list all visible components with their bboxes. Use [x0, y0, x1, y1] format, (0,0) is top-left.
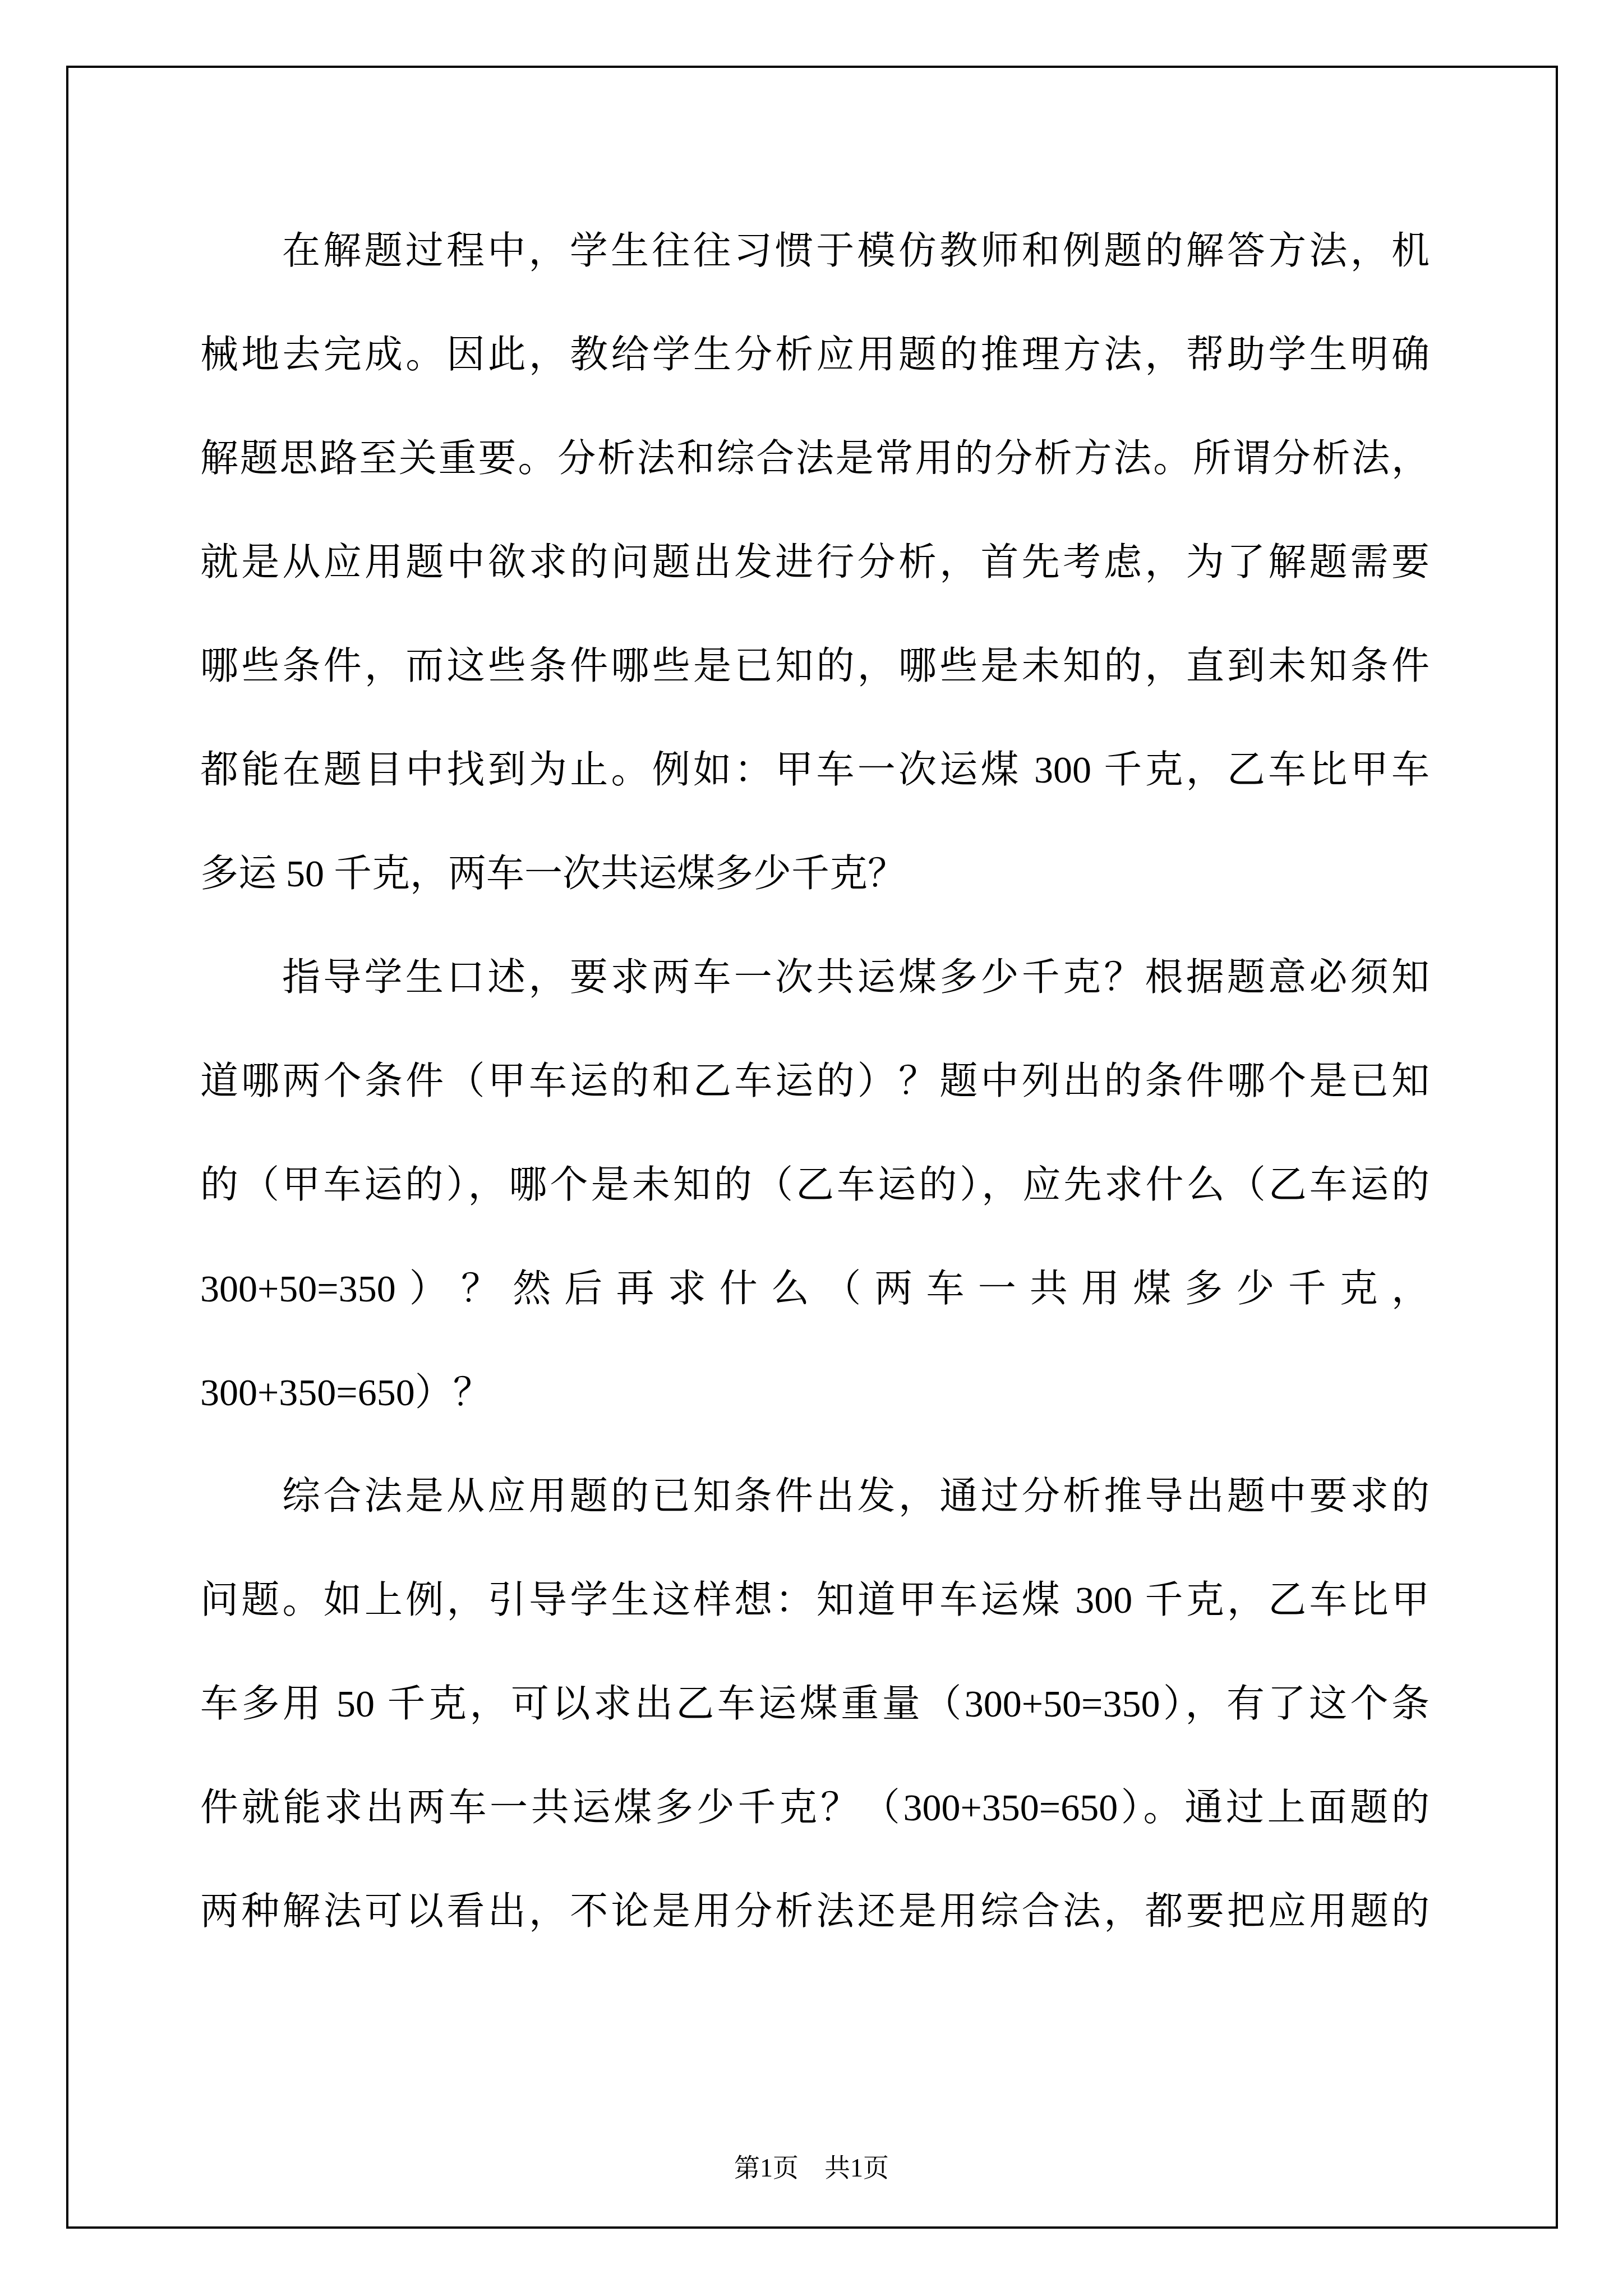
document-page: 在解题过程中，学生往往习惯于模仿教师和例题的解答方法，机 械地去完成。因此，教给…	[0, 0, 1623, 2296]
paragraph-3: 综合法是从应用题的已知条件出发，通过分析推导出题中要求的 问题。如上例，引导学生…	[200, 1444, 1430, 1963]
page-footer: 第1页 共1页	[0, 2151, 1623, 2185]
paragraph-1: 在解题过程中，学生往往习惯于模仿教师和例题的解答方法，机 械地去完成。因此，教给…	[200, 199, 1430, 926]
text-line: 300+350=650）？	[200, 1341, 1430, 1444]
text-line: 就是从应用题中欲求的问题出发进行分析，首先考虑，为了解题需要	[200, 510, 1430, 614]
text-line: 都能在题目中找到为止。例如：甲车一次运煤 300 千克，乙车比甲车	[200, 718, 1430, 822]
text-line: 多运 50 千克，两车一次共运煤多少千克？	[200, 822, 1430, 926]
text-line: 哪些条件，而这些条件哪些是已知的，哪些是未知的，直到未知条件	[200, 614, 1430, 718]
text-line: 件就能求出两车一共运煤多少千克？（300+350=650）。通过上面题的	[200, 1756, 1430, 1860]
text-line: 在解题过程中，学生往往习惯于模仿教师和例题的解答方法，机	[200, 199, 1430, 303]
text-line: 300+50=350）？然后再求什么（两车一共用煤多少千克，	[200, 1237, 1430, 1341]
text-line: 两种解法可以看出，不论是用分析法还是用综合法，都要把应用题的	[200, 1860, 1430, 1963]
text-line: 的（甲车运的），哪个是未知的（乙车运的），应先求什么（乙车运的	[200, 1133, 1430, 1237]
text-line: 道哪两个条件（甲车运的和乙车运的）？题中列出的条件哪个是已知	[200, 1029, 1430, 1133]
text-line: 问题。如上例，引导学生这样想：知道甲车运煤 300 千克，乙车比甲	[200, 1548, 1430, 1652]
text-line: 解题思路至关重要。分析法和综合法是常用的分析方法。所谓分析法，	[200, 407, 1430, 510]
text-line: 指导学生口述，要求两车一次共运煤多少千克？根据题意必须知	[200, 926, 1430, 1029]
text-block: 在解题过程中，学生往往习惯于模仿教师和例题的解答方法，机 械地去完成。因此，教给…	[200, 199, 1430, 1963]
text-line: 械地去完成。因此，教给学生分析应用题的推理方法，帮助学生明确	[200, 303, 1430, 407]
text-line: 车多用 50 千克，可以求出乙车运煤重量（300+50=350），有了这个条	[200, 1652, 1430, 1756]
text-line: 综合法是从应用题的已知条件出发，通过分析推导出题中要求的	[200, 1444, 1430, 1548]
paragraph-2: 指导学生口述，要求两车一次共运煤多少千克？根据题意必须知 道哪两个条件（甲车运的…	[200, 926, 1430, 1444]
